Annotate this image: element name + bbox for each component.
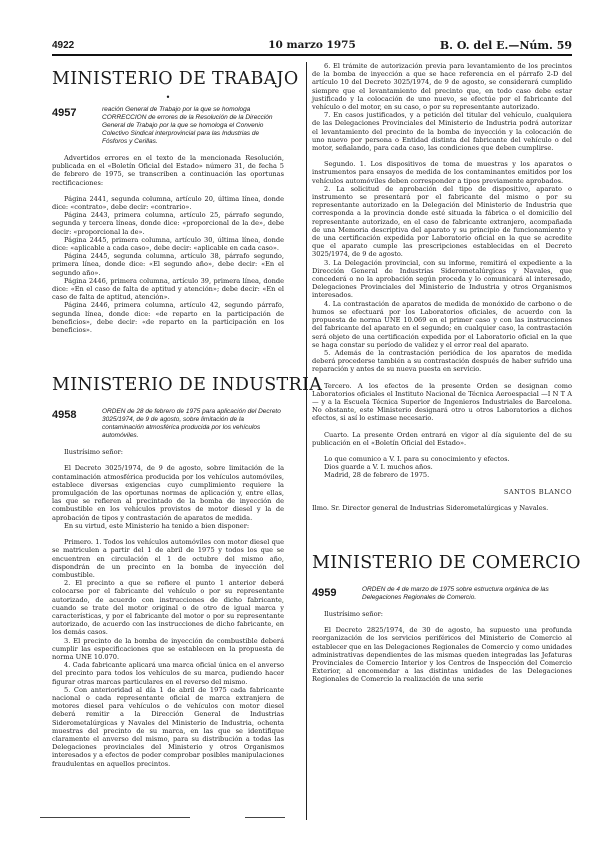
footer-rule (40, 817, 190, 818)
entry-title: reación General de Trabajo por la que se… (102, 106, 284, 146)
entry-4957: 4957 reación General de Trabajo por la q… (52, 106, 284, 146)
salutation: Ilustrísimo señor: (52, 448, 284, 456)
paragraph: Advertidos errores en el texto de la men… (52, 154, 284, 187)
paragraph: 7. En casos justificados, y a petición d… (312, 111, 572, 152)
paragraph: Página 2445, segunda columna, artículo 3… (52, 252, 284, 277)
closing-line: Madrid, 28 de febrero de 1975. (312, 471, 572, 479)
left-column: MINISTERIO DE TRABAJO • 4957 reación Gen… (52, 62, 284, 768)
paragraph: El Decreto 3025/1974, de 9 de agosto, so… (52, 464, 284, 521)
ministry-heading-comercio: MINISTERIO DE COMERCIO (312, 552, 572, 574)
salutation: Ilustrísimo señor: (312, 610, 572, 618)
paragraph: Página 2446, primera columna, artículo 4… (52, 301, 284, 334)
entry-number: 4957 (52, 106, 92, 146)
entry-number: 4959 (312, 586, 352, 602)
paragraph: Segundo. 1. Los dispositivos de toma de … (312, 160, 572, 185)
entry-4959: 4959 ORDEN de 4 de marzo de 1975 sobre e… (312, 586, 572, 602)
paragraph: Página 2441, segunda columna, artículo 2… (52, 195, 284, 211)
bullet-dot: • (52, 94, 284, 102)
paragraph: 3. El precinto de la bomba de inyección … (52, 637, 284, 662)
ministry-heading-industria: MINISTERIO DE INDUSTRIA (52, 374, 284, 396)
paragraph: 2. El precinto a que se refiere el punto… (52, 579, 284, 636)
right-column: 6. El trámite de autorización previa par… (312, 62, 572, 684)
paragraph: 2. La solicitud de aprobación del tipo d… (312, 185, 572, 259)
paragraph: Página 2443, primera columna, artículo 2… (52, 211, 284, 236)
document-page: 4922 10 marzo 1975 B. O. del E.—Núm. 59 … (0, 0, 594, 842)
signature: SANTOS BLANCO (312, 488, 572, 496)
publication-name: B. O. del E.—Núm. 59 (440, 39, 572, 52)
footer-rule (245, 817, 285, 818)
paragraph: Cuarto. La presente Orden entrará en vig… (312, 431, 572, 447)
closing-line: Dios guarde a V. I. muchos años. (312, 463, 572, 471)
closing-line: Lo que comunico a V. I. para su conocimi… (312, 455, 572, 463)
entry-number: 4958 (52, 408, 92, 440)
paragraph: El Decreto 2825/1974, de 30 de agosto, h… (312, 626, 572, 683)
paragraph: Tercero. A los efectos de la presente Or… (312, 382, 572, 423)
paragraph: 5. Con anterioridad al día 1 de abril de… (52, 686, 284, 768)
page-header: 4922 10 marzo 1975 B. O. del E.—Núm. 59 (52, 40, 572, 56)
paragraph: Primero. 1. Todos los vehículos automóvi… (52, 538, 284, 579)
paragraph: Página 2445, primera columna, artículo 3… (52, 236, 284, 252)
paragraph: Página 2446, primera columna, artículo 3… (52, 277, 284, 302)
column-divider (306, 62, 307, 820)
paragraph: En su virtud, este Ministerio ha tenido … (52, 522, 284, 530)
paragraph: 4. La contrastación de aparatos de medid… (312, 300, 572, 349)
ministry-heading-trabajo: MINISTERIO DE TRABAJO (52, 68, 284, 90)
addressee: Ilmo. Sr. Director general de Industrias… (312, 504, 572, 512)
entry-4958: 4958 ORDEN de 28 de febrero de 1975 para… (52, 408, 284, 440)
paragraph: 3. La Delegación provincial, con su info… (312, 259, 572, 300)
entry-title: ORDEN de 4 de marzo de 1975 sobre estruc… (362, 586, 572, 602)
paragraph: 6. El trámite de autorización previa par… (312, 62, 572, 111)
paragraph: 5. Además de la contrastación periódica … (312, 349, 572, 374)
entry-title: ORDEN de 28 de febrero de 1975 para apli… (102, 408, 284, 440)
paragraph: 4. Cada fabricante aplicará una marca of… (52, 661, 284, 686)
